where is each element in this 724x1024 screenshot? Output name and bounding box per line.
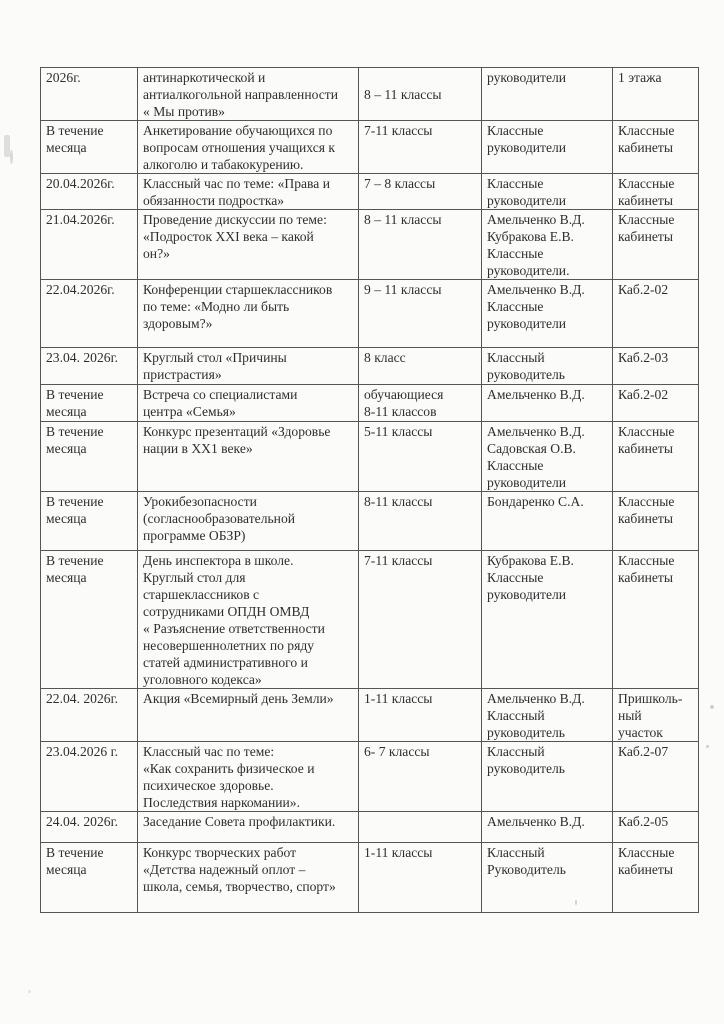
responsible-cell: руководители — [482, 68, 613, 121]
responsible-cell: Амельченко В.Д. Кубракова Е.В. Классные … — [482, 210, 613, 280]
place-cell: Классные кабинеты — [613, 843, 699, 913]
responsible-cell: Кубракова Е.В. Классные руководители — [482, 551, 613, 689]
responsible-cell: Классные руководители — [482, 174, 613, 210]
date-cell: 23.04.2026 г. — [41, 742, 138, 812]
place-cell: Каб.2-02 — [613, 280, 699, 348]
events-plan-table: 2026г.антинаркотической и антиалкогольно… — [40, 67, 699, 913]
responsible-cell: Амельченко В.Д. Классные руководители — [482, 280, 613, 348]
place-cell: Классные кабинеты — [613, 422, 699, 492]
scan-speck — [706, 745, 709, 748]
responsible-cell: Классный руководитель — [482, 348, 613, 385]
date-cell: 20.04.2026г. — [41, 174, 138, 210]
place-cell: Каб.2-05 — [613, 812, 699, 843]
event-cell: Заседание Совета профилактики. — [138, 812, 359, 843]
table-row: В течение месяцаДень инспектора в школе.… — [41, 551, 699, 689]
date-cell: В течение месяца — [41, 551, 138, 689]
table-row: 21.04.2026г.Проведение дискуссии по теме… — [41, 210, 699, 280]
participants-cell: 8 – 11 классы — [359, 68, 482, 121]
participants-cell: 8 – 11 классы — [359, 210, 482, 280]
place-cell: Пришколь- ный участок — [613, 689, 699, 742]
date-cell: 23.04. 2026г. — [41, 348, 138, 385]
responsible-cell: Амельченко В.Д. — [482, 385, 613, 422]
table-row: 20.04.2026г.Классный час по теме: «Права… — [41, 174, 699, 210]
participants-cell: 5-11 классы — [359, 422, 482, 492]
responsible-cell: Классный руководитель — [482, 742, 613, 812]
participants-cell: обучающиеся 8-11 классов — [359, 385, 482, 422]
place-cell: Классные кабинеты — [613, 551, 699, 689]
place-cell: Классные кабинеты — [613, 174, 699, 210]
participants-cell: 1-11 классы — [359, 689, 482, 742]
table-row: В течение месяцаКонкурс презентаций «Здо… — [41, 422, 699, 492]
responsible-cell: Амельченко В.Д. Классный руководитель — [482, 689, 613, 742]
participants-cell: 8-11 классы — [359, 492, 482, 551]
event-cell: Конкурс презентаций «Здоровье нации в XX… — [138, 422, 359, 492]
table-row: 22.04. 2026г.Акция «Всемирный день Земли… — [41, 689, 699, 742]
table-row: В течение месяцаКонкурс творческих работ… — [41, 843, 699, 913]
event-cell: Классный час по теме: «Как сохранить физ… — [138, 742, 359, 812]
table-row: 23.04.2026 г.Классный час по теме: «Как … — [41, 742, 699, 812]
date-cell: 22.04.2026г. — [41, 280, 138, 348]
participants-cell: 1-11 классы — [359, 843, 482, 913]
date-cell: В течение месяца — [41, 121, 138, 174]
event-cell: Акция «Всемирный день Земли» — [138, 689, 359, 742]
responsible-cell: Классные руководители — [482, 121, 613, 174]
participants-cell: 9 – 11 классы — [359, 280, 482, 348]
table-row: В течение месяцаАнкетирование обучающихс… — [41, 121, 699, 174]
date-cell: 24.04. 2026г. — [41, 812, 138, 843]
responsible-cell: Амельченко В.Д. — [482, 812, 613, 843]
date-cell: В течение месяца — [41, 422, 138, 492]
event-cell: День инспектора в школе. Круглый стол дл… — [138, 551, 359, 689]
date-cell: В течение месяца — [41, 492, 138, 551]
event-cell: Круглый стол «Причины пристрастия» — [138, 348, 359, 385]
date-cell: В течение месяца — [41, 843, 138, 913]
participants-cell: 7 – 8 классы — [359, 174, 482, 210]
event-cell: Анкетирование обучающихся по вопросам от… — [138, 121, 359, 174]
event-cell: Встреча со специалистами центра «Семья» — [138, 385, 359, 422]
scan-speck — [10, 150, 13, 164]
event-cell: Классный час по теме: «Права и обязаннос… — [138, 174, 359, 210]
place-cell: Классные кабинеты — [613, 121, 699, 174]
date-cell: 2026г. — [41, 68, 138, 121]
responsible-cell: Бондаренко С.А. — [482, 492, 613, 551]
place-cell: Классные кабинеты — [613, 210, 699, 280]
place-cell: 1 этажа — [613, 68, 699, 121]
table-row: 23.04. 2026г.Круглый стол «Причины прист… — [41, 348, 699, 385]
place-cell: Каб.2-07 — [613, 742, 699, 812]
participants-cell: 7-11 классы — [359, 551, 482, 689]
event-cell: Конкурс творческих работ «Детства надежн… — [138, 843, 359, 913]
participants-cell: 7-11 классы — [359, 121, 482, 174]
table-row: 24.04. 2026г.Заседание Совета профилакти… — [41, 812, 699, 843]
event-cell: Урокибезопасности (согласнообразовательн… — [138, 492, 359, 551]
date-cell: 22.04. 2026г. — [41, 689, 138, 742]
responsible-cell: Амельченко В.Д. Садовская О.В. Классные … — [482, 422, 613, 492]
event-cell: антинаркотической и антиалкогольной напр… — [138, 68, 359, 121]
scan-speck — [28, 990, 31, 993]
table-row: В течение месяцаУрокибезопасности (согла… — [41, 492, 699, 551]
responsible-cell: Классный Руководитель — [482, 843, 613, 913]
table-row: 2026г.антинаркотической и антиалкогольно… — [41, 68, 699, 121]
events-table-body: 2026г.антинаркотической и антиалкогольно… — [41, 68, 699, 913]
place-cell: Каб.2-02 — [613, 385, 699, 422]
event-cell: Проведение дискуссии по теме: «Подросток… — [138, 210, 359, 280]
date-cell: 21.04.2026г. — [41, 210, 138, 280]
table-row: В течение месяцаВстреча со специалистами… — [41, 385, 699, 422]
participants-cell: 6- 7 классы — [359, 742, 482, 812]
place-cell: Классные кабинеты — [613, 492, 699, 551]
scan-speck — [710, 705, 714, 709]
table-row: 22.04.2026г.Конференции старшеклассников… — [41, 280, 699, 348]
participants-cell — [359, 812, 482, 843]
date-cell: В течение месяца — [41, 385, 138, 422]
place-cell: Каб.2-03 — [613, 348, 699, 385]
event-cell: Конференции старшеклассников по теме: «М… — [138, 280, 359, 348]
participants-cell: 8 класс — [359, 348, 482, 385]
